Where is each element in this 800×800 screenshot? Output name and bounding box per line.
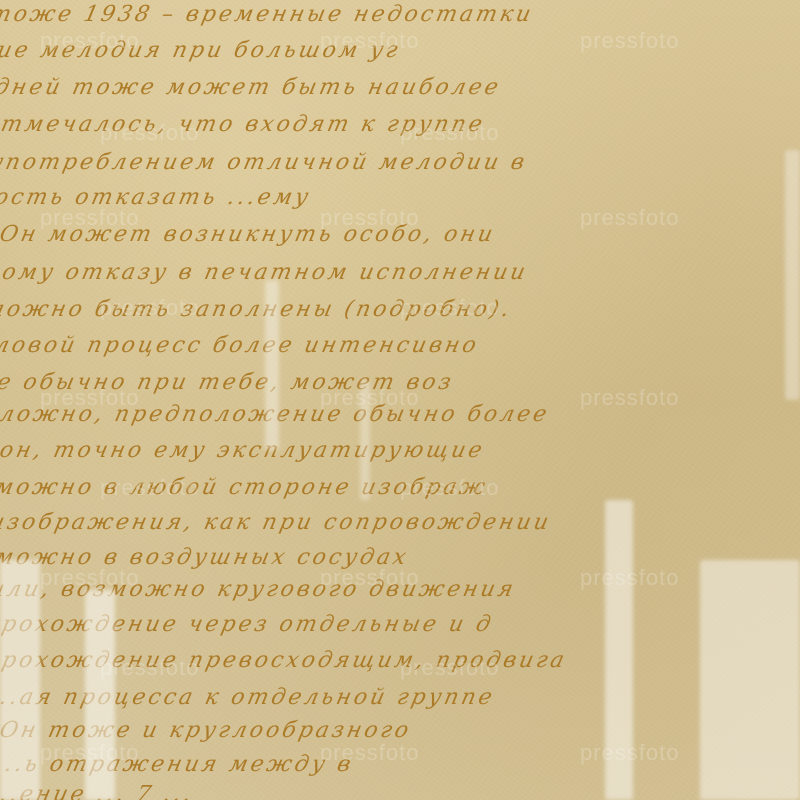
handwritten-line: прохождение через отдельные и д: [0, 612, 496, 637]
paper-scuff: [785, 150, 800, 400]
handwritten-line: ...ая процесса к отдельной группе: [0, 685, 497, 710]
watermark: pressfoto: [580, 28, 680, 54]
paper-scuff: [0, 560, 40, 800]
watermark: pressfoto: [100, 295, 200, 321]
watermark: pressfoto: [40, 28, 140, 54]
watermark: pressfoto: [580, 565, 680, 591]
watermark: pressfoto: [580, 740, 680, 766]
watermark: pressfoto: [40, 740, 140, 766]
watermark: pressfoto: [100, 120, 200, 146]
watermark: pressfoto: [580, 385, 680, 411]
watermark: pressfoto: [100, 655, 200, 681]
watermark: pressfoto: [320, 385, 420, 411]
watermark: pressfoto: [400, 295, 500, 321]
watermark: pressfoto: [40, 385, 140, 411]
handwritten-line: дней тоже может быть наиболее: [0, 75, 503, 100]
watermark: pressfoto: [40, 205, 140, 231]
paper-scuff: [85, 590, 115, 800]
watermark: pressfoto: [400, 655, 500, 681]
handwritten-line: употреблением отличной мелодии в: [0, 150, 530, 175]
paper-scuff: [700, 560, 800, 800]
watermark: pressfoto: [40, 565, 140, 591]
watermark: pressfoto: [320, 740, 420, 766]
watermark: pressfoto: [320, 28, 420, 54]
handwritten-line: тоже 1938 – временные недостатки: [0, 2, 536, 27]
handwritten-line: изображения, как при сопровождении: [0, 510, 554, 535]
watermark: pressfoto: [400, 120, 500, 146]
watermark: pressfoto: [100, 475, 200, 501]
handwritten-line: ловой процесс более интенсивно: [0, 333, 481, 358]
handwritten-line: он, точно ему эксплуатирующие: [0, 438, 487, 463]
watermark: pressfoto: [320, 205, 420, 231]
watermark: pressfoto: [580, 205, 680, 231]
watermark: pressfoto: [400, 475, 500, 501]
paper-scuff: [265, 280, 279, 450]
watermark: pressfoto: [320, 565, 420, 591]
